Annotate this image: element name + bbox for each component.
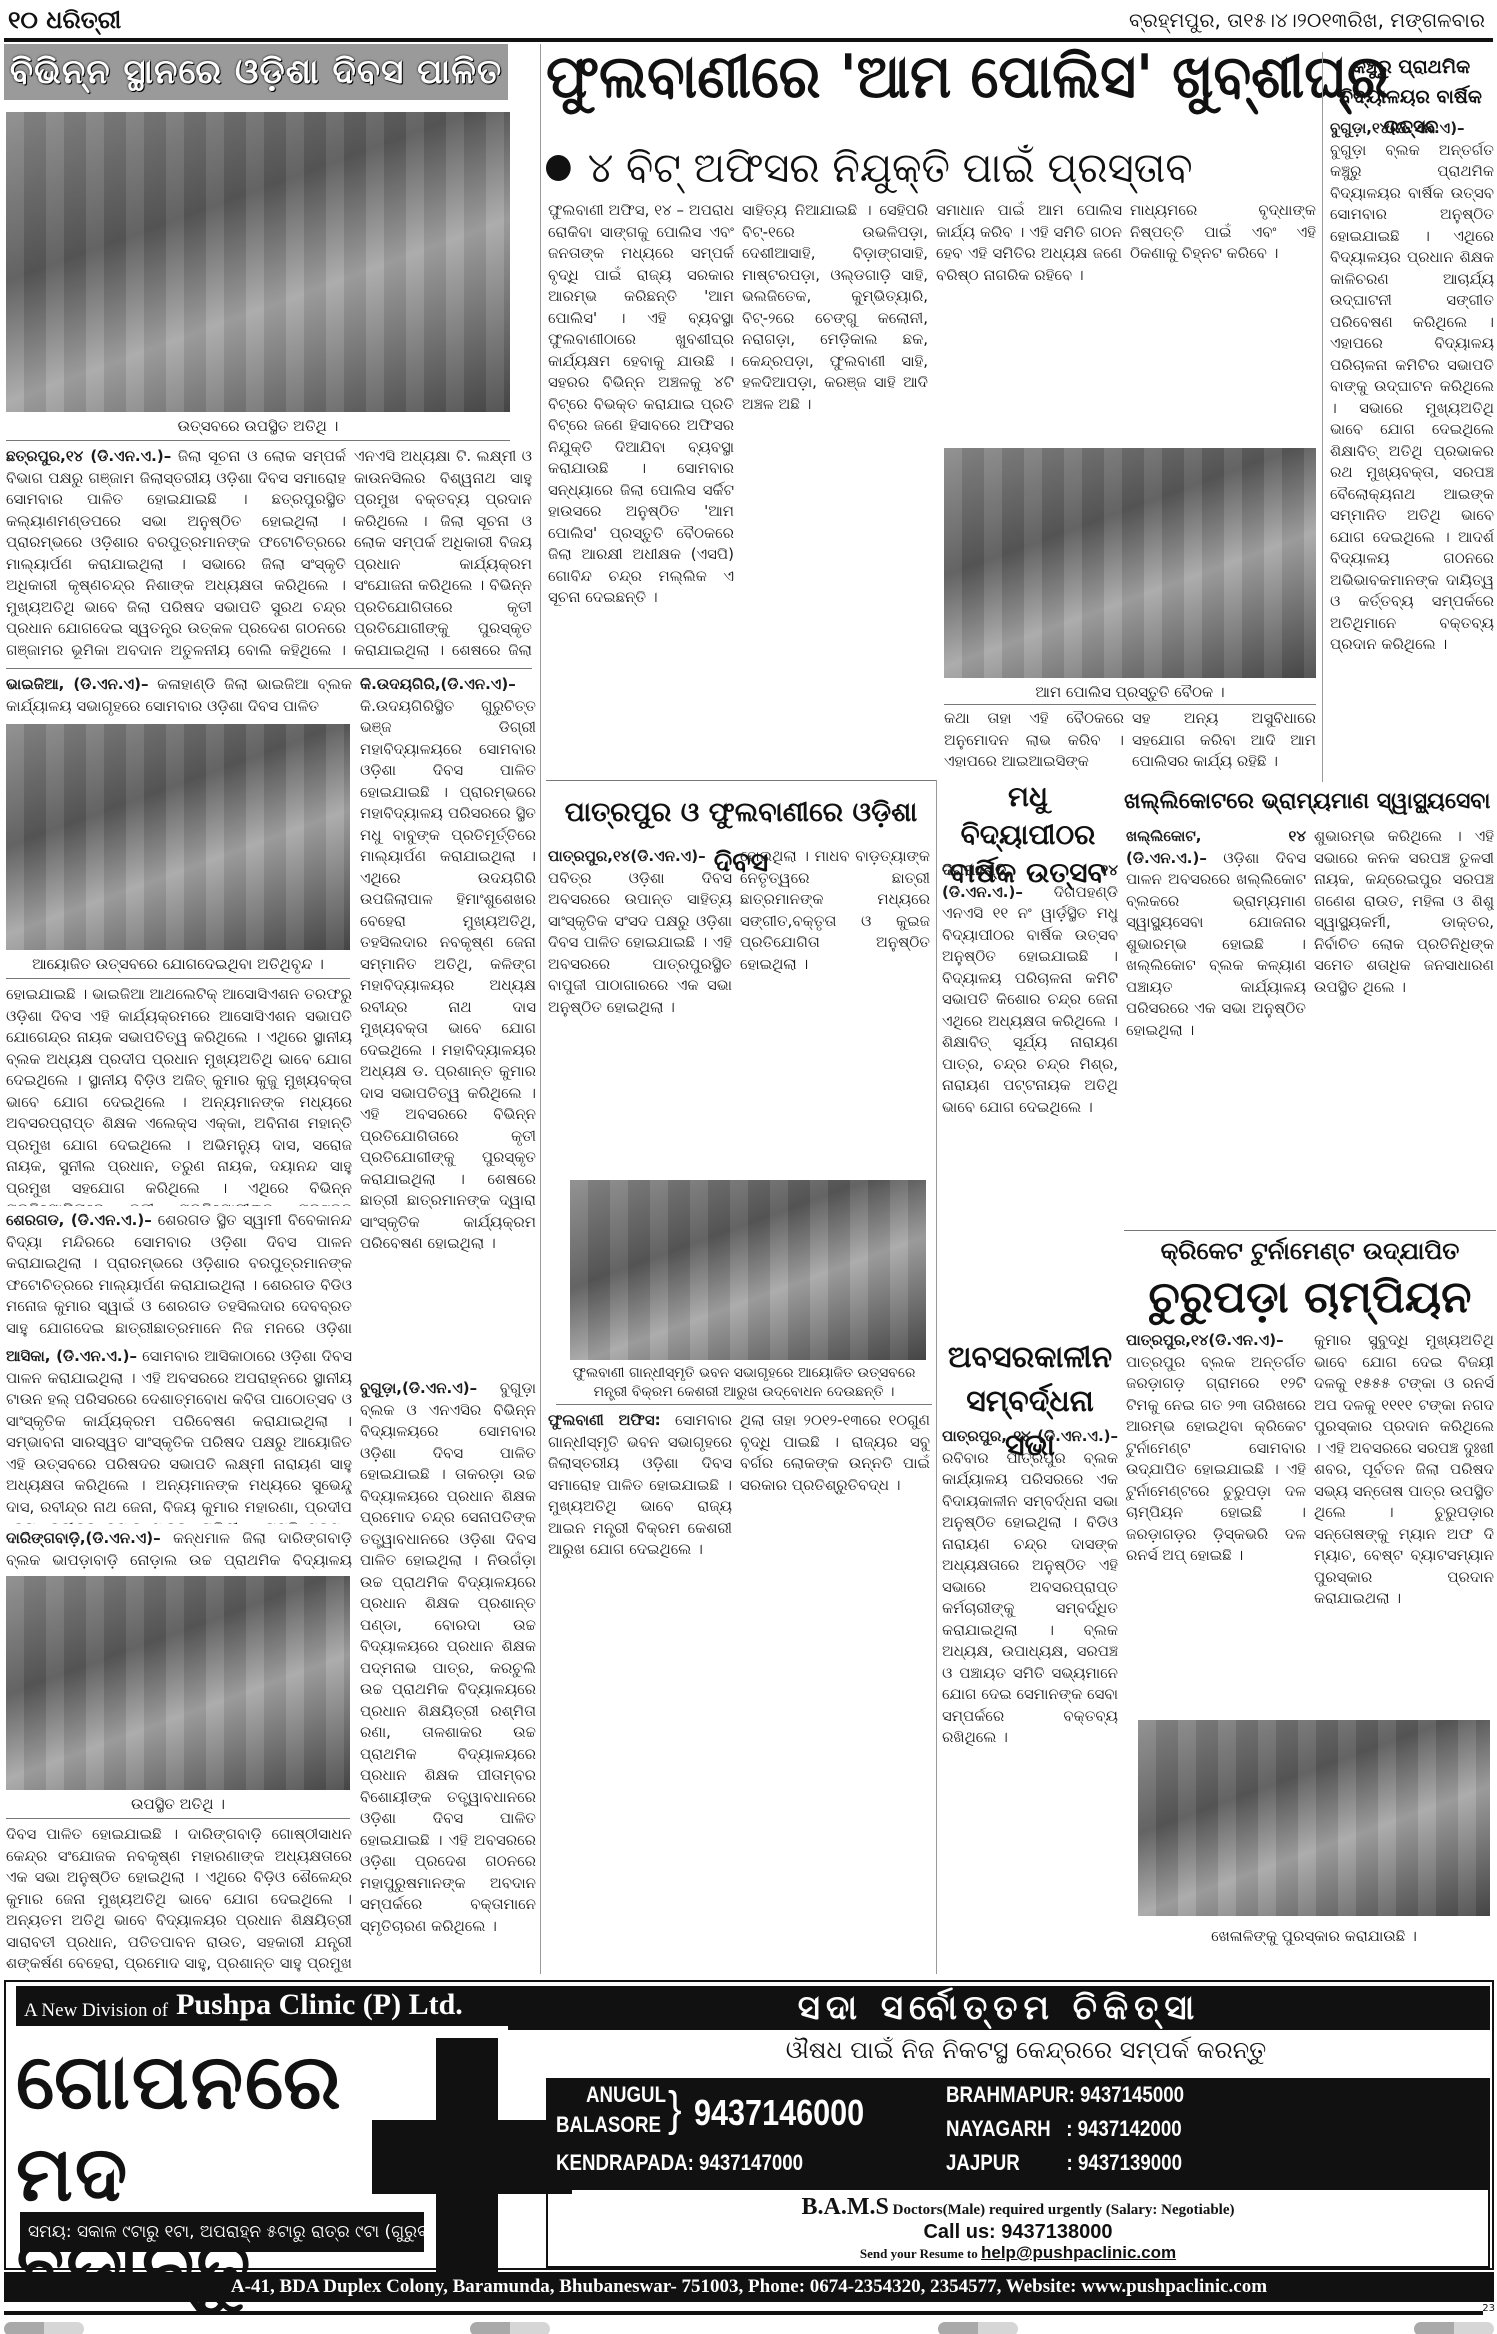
article-text: ଜିଲା ସୂଚନା ଓ ଲୋକ ସମ୍ପର୍କ ବିଭାଗ ପକ୍ଷରୁ ଗଞ… <box>6 447 346 664</box>
divider <box>546 780 936 781</box>
patrapur-col2: ହୋଇଥିଲା । ମାଧବ ବାଡ଼ତ୍ୟାଙ୍କ ନେତୃତ୍ୱରେ ଛାତ… <box>740 846 930 1096</box>
ad-center-phones: ANUGUL BALASORE } 9437146000 KENDRAPADA:… <box>546 2078 1490 2188</box>
medical-cross-icon-bar <box>372 2120 572 2194</box>
bams-line: B.A.M.S Doctors(Male) required urgently … <box>548 2194 1488 2221</box>
column-divider <box>936 780 937 1974</box>
article-text: ସୋମବାର ଆସିକାଠାରେ ଓଡ଼ିଶା ଦିବସ ପାଳନ କରାଯାଇ… <box>6 1347 352 1524</box>
cricket-col2: କୁମାର ସୁବୁଦ୍ଧି ମୁଖ୍ୟଅତିଥି ଭାବେ ଯୋଗ ଦେଇ ବ… <box>1314 1330 1494 1604</box>
dateline: ଛତ୍ରପୁର,୧୪ (ଡି.ଏନ.ଏ.)– <box>6 447 171 465</box>
ad-company-bar: A New Division of Pushpa Clinic (P) Ltd. <box>16 1986 514 2026</box>
photo1-caption: ଉତ୍ସବରେ ଉପସ୍ଥିତ ଅତିଥି । <box>6 416 510 436</box>
center-name: BRAHMAPUR <box>946 2082 1069 2107</box>
page-tab-marker <box>938 2322 1018 2334</box>
column-divider <box>540 44 541 1974</box>
article-bhaijia: ଭାଇଜିଆ, (ଡି.ଏନ.ଏ)– କଳାହାଣ୍ଡି ଜିଲା ଭାଇଜିଆ… <box>6 674 352 720</box>
article-text: ସୋମବାର ଗାନ୍ଧୀସ୍ମୃତି ଭବନ ସଭାଗୃହରେ ଜିଲାସ୍ତ… <box>548 1411 732 1558</box>
center-brahmapur: BRAHMAPUR: 9437145000 <box>946 2082 1184 2108</box>
dateline: ପାତ୍ରପୁର,୧୪(ଡି.ଏନ.ଏ)– <box>1126 1331 1284 1349</box>
ad-address-bar: A-41, BDA Duplex Colony, Baramunda, Bhub… <box>4 2272 1494 2302</box>
divider <box>6 440 510 441</box>
ad-recruitment: B.A.M.S Doctors(Male) required urgently … <box>546 2188 1490 2268</box>
cricket-col1: ପାତ୍ରପୁର,୧୪(ଡି.ଏନ.ଏ)– ପାତ୍ରପୁର ବ୍ଲକ ଅନ୍ତ… <box>1126 1330 1306 1604</box>
photo2-caption: ଆୟୋଜିତ ଉତ୍ସବରେ ଯୋଗଦେଇଥିବା ଅତିଥିବୃନ୍ଦ । <box>6 954 350 974</box>
dateline: ଦାରିଙ୍ଗବାଡ଼ି,(ଡି.ଏନ.ଏ)– <box>6 1529 161 1547</box>
photo-bhaijia-guests <box>6 724 350 950</box>
dateline: ପାତ୍ରପୁର, ୧୪ (ଡି.ଏନ.ଏ.)– <box>942 1427 1118 1445</box>
column-divider <box>1322 52 1323 782</box>
khallikote-col1: ଖଲ୍ଲିକୋଟ, ୧୪ (ଡି.ଏନ.ଏ.)– ଓଡ଼ିଶା ଦିବସ ପାଳ… <box>1126 826 1306 1226</box>
main-subheadline: ୪ ବିଟ୍ ଅଫିସର ନିଯୁକ୍ତି ପାଇଁ ପ୍ରସ୍ତାବ <box>546 140 1287 196</box>
page-number: 23 <box>1482 2303 1495 2314</box>
resume-line: Send your Resume to help@pushpaclinic.co… <box>548 2243 1488 2263</box>
bullet-icon <box>546 155 571 181</box>
dateline: ଫୁଲବାଣୀ ଅଫିସ: <box>548 1411 661 1429</box>
company-name: Pushpa Clinic (P) Ltd. <box>176 1988 463 2022</box>
cricket-kicker: କ୍ରିକେଟ ଟୁର୍ନାମେଣ୍ଟ ଉଦ୍‌ଯାପିତ <box>1124 1234 1496 1268</box>
divider <box>6 978 350 979</box>
center-phone: 9437142000 <box>1078 2116 1182 2141</box>
center-phone: 9437145000 <box>1080 2082 1184 2107</box>
center-name: JAJPUR <box>946 2150 1020 2175</box>
dateline: ଭାଇଜିଆ, (ଡି.ଏନ.ଏ)– <box>6 675 149 693</box>
divider <box>556 1404 932 1405</box>
headline-line: କଞ୍ଚୁରୁ ପ୍ରାଥମିକ <box>1326 52 1496 82</box>
footer-rule <box>4 2311 1483 2315</box>
photo3-caption: ଉପସ୍ଥିତ ଅତିଥି । <box>6 1794 350 1814</box>
khallikote-headline: ଖଲ୍ଲିକୋଟରେ ଭ୍ରାମ୍ୟମାଣ ସ୍ୱାସ୍ଥ୍ୟସେବା ଯୋଜନ… <box>1124 782 1496 822</box>
phulbani-col4: ଥିଲା ତାହା ୨୦୧୨-୧୩ରେ ୧୦ଗୁଣ ବୃଦ୍ଧି ପାଇଛି ।… <box>740 1410 930 1974</box>
division-prefix: A New Division of <box>24 2000 168 2022</box>
cricket-photo-caption: ଖେଳାଳିଙ୍କୁ ପୁରସ୍କାର କରାଯାଉଛି । <box>1138 1926 1490 1946</box>
article-text: ବୁଗୁଡ଼ା ବ୍ଲକ ଓ ଏନଏସିର ବିଭିନ୍ନ ବିଦ୍ୟାଳୟରେ… <box>360 1379 536 1935</box>
dateline: ଶେରଗଡ, (ଡି.ଏନ.ଏ.)– <box>6 1211 152 1229</box>
ad-tagline-sub: ଔଷଧ ପାଇଁ ନିଜ ନିକଟସ୍ଥ କେନ୍ଦ୍ରରେ ସମ୍ପର୍କ କ… <box>566 2036 1486 2064</box>
center-phone: 9437147000 <box>699 2150 803 2175</box>
article-chhatrapur: ଛତ୍ରପୁର,୧୪ (ଡି.ଏନ.ଏ.)– ଜିଲା ସୂଚନା ଓ ଲୋକ … <box>6 446 346 664</box>
article-text: ରବିବାର ପାତ୍ରପୁର ବ୍ଲକ କାର୍ଯ୍ୟାଳୟ ପରିସରରେ … <box>942 1449 1118 1747</box>
phulbani-photo-caption: ଫୁଲବାଣୀ ଗାନ୍ଧୀସ୍ମୃତି ଭବନ ସଭାଗୃହରେ ଆୟୋଜିତ… <box>556 1364 932 1402</box>
center-phone: 9437139000 <box>1078 2150 1182 2175</box>
bams-title: B.A.M.S <box>802 2194 889 2220</box>
headline-line: ଅବସରକାଳୀନ <box>940 1336 1120 1380</box>
photo-ceremony-release <box>6 112 510 412</box>
dateline: ପାତ୍ରପୁର,୧୪(ଡି.ଏନ.ଏ)– <box>548 847 706 865</box>
bams-text: Doctors(Male) required urgently (Salary:… <box>893 2202 1235 2218</box>
dateline: ବୁଗୁଡ଼ା,(ଡି.ଏନ.ଏ)– <box>360 1379 477 1397</box>
article-k-udayagiri: କି.ଉଦୟଗିରି,(ଡି.ଏନ.ଏ)– କି.ଉଦୟଗିରିସ୍ଥିତ ଗୁ… <box>360 674 536 1374</box>
khallikote-col2: ଶୁଭାରମ୍ଭ କରିଥିଲେ । ଏହି ସଭାରେ କନକ ସରପଞ୍ଚ … <box>1314 826 1494 1226</box>
aam-police-photo-caption: ଆମ ପୋଲିସ ପ୍ରସ୍ତୁତି ବୈଠକ । <box>944 682 1316 702</box>
page-tab-marker <box>1414 2322 1494 2334</box>
page-dateline: ବ୍ରହ୍ମପୁର, ତା୧୫।୪।୨୦୧୩ରିଖ, ମଙ୍ଗଳବାର <box>1129 8 1485 32</box>
ad-slogan: ଗୋପନରେ ମଦ ଛଡାନ୍ତୁ <box>16 2036 366 2312</box>
aam-police-col4: ମାଧ୍ୟମରେ ବୃଦ୍ଧାଙ୍କ ନିଷ୍ପତ୍ତି ପାଇଁ ଏବଂ ଏହ… <box>1130 200 1316 440</box>
center-name: NAYAGARH <box>946 2116 1051 2141</box>
article-kanchuru: ବୁଗୁଡ଼ା,୧୪(ଡି.ଏନ.ଏ)– ବୁଗୁଡ଼ା ବ୍ଲକ ଅନ୍ତର୍… <box>1330 118 1494 774</box>
main-headline: ଫୁଲବାଣୀରେ 'ଆମ ପୋଲିସ' ଖୁବ୍‌ଶୀଘ୍ର <box>546 40 1264 114</box>
article-text: କି.ଉଦୟଗିରିସ୍ଥିତ ଗୁରୁଚିତ୍ତ ଭଞ୍ଜ ଡିଗ୍ରୀ ମହ… <box>360 697 536 1253</box>
article-farewell: ପାତ୍ରପୁର, ୧୪ (ଡି.ଏନ.ଏ.)– ରବିବାର ପାତ୍ରପୁର… <box>942 1426 1118 1972</box>
page-label: ୧୦ ଧରିତ୍ରୀ <box>8 6 121 34</box>
divider <box>944 704 1316 705</box>
article-bhaijia-cont: ହୋଇଯାଇଛି । ଭାଇଜିଆ ଆଥଲେଟିକ୍ ଆସୋସିଏଶନ ତରଫର… <box>6 984 352 1206</box>
article-madhu: ଦିଗପହଣ୍ଡି, ୧୪ (ଡି.ଏନ.ଏ.)– ଦିଗପହଣ୍ଡି ଏନଏସ… <box>942 860 1118 1326</box>
center-kendrapada: KENDRAPADA: 9437147000 <box>556 2150 803 2176</box>
photo-phulbani-minister <box>570 1180 926 1360</box>
divider <box>6 668 532 669</box>
aam-police-col1: ଫୁଲବାଣୀ ଅଫିସ, ୧୪ – ଅପରାଧ ରୋକିବା ସାଙ୍ଗକୁ … <box>548 200 734 670</box>
call-us: Call us: 9437138000 <box>548 2221 1488 2243</box>
article-text: ପାତ୍ରପୁର ବ୍ଲକ ଅନ୍ତର୍ଗତ ଜରଡ଼ାଗଡ଼ ଗ୍ରାମରେ … <box>1126 1353 1306 1565</box>
cricket-headline: ଚୁରୁପଡ଼ା ଚାମ୍ପିୟନ <box>1124 1270 1496 1326</box>
article-text: ଦିଗପହଣ୍ଡି ଏନଏସି ୧୧ ନଂ ୱାର୍ଡ଼ସ୍ଥିତ ମଧୁ ବି… <box>942 883 1118 1116</box>
article-text: ଓଡ଼ିଶା ଦିବସ ପାଳନ ଅବସରରେ ଖଲ୍ଲିକୋଟ ବ୍ଲକରେ … <box>1126 849 1306 1039</box>
subheadline-text: ୪ ବିଟ୍ ଅଫିସର ନିଯୁକ୍ତି ପାଇଁ ପ୍ରସ୍ତାବ <box>588 140 1193 196</box>
aam-police-after-photo-col1: କଥା ତାହା ଏହି ବୈଠକରେ ଅନୁମୋଦନ ଲାଭ କରିବ । ଏ… <box>944 708 1124 774</box>
article-sheragada: ଶେରଗଡ, (ଡି.ଏନ.ଏ.)– ଶେରଗଡ ସ୍ଥିତ ସ୍ୱାମୀ ବି… <box>6 1210 352 1342</box>
dateline: ବୁଗୁଡ଼ା,୧୪(ଡି.ଏନ.ଏ)– <box>1330 119 1465 137</box>
article-text: ଶେରଗଡ ସ୍ଥିତ ସ୍ୱାମୀ ବିବେକାନନ୍ଦ ବିଦ୍ୟା ମନ୍… <box>6 1211 352 1342</box>
pushpa-clinic-ad: A New Division of Pushpa Clinic (P) Ltd.… <box>4 1980 1494 2270</box>
email-link[interactable]: help@pushpaclinic.com <box>981 2243 1176 2262</box>
page-tab-marker <box>4 2322 84 2334</box>
photo-aam-police-meeting <box>944 448 1316 678</box>
photo-cricket-prize <box>1138 1720 1490 1916</box>
aam-police-col3: ସମାଧାନ ପାଇଁ ଆମ ପୋଲିସ କାର୍ଯ୍ୟ କରିବ । ଏହି … <box>936 200 1122 440</box>
divider <box>1124 1230 1496 1231</box>
phulbani-col3: ଫୁଲବାଣୀ ଅଫିସ: ସୋମବାର ଗାନ୍ଧୀସ୍ମୃତି ଭବନ ସଭ… <box>548 1410 732 1974</box>
article-text: ବୁଗୁଡ଼ା ବ୍ଲକ ଅନ୍ତର୍ଗତ କଞ୍ଚୁରୁ ପ୍ରାଥମିକ ବ… <box>1330 141 1494 654</box>
slogan-line: ଗୋପନରେ <box>16 2036 366 2128</box>
photo-daringbadi-guests <box>6 1576 350 1790</box>
left-story-banner: ବିଭିନ୍ନ ସ୍ଥାନରେ ଓଡ଼ିଶା ଦିବସ ପାଳିତ <box>4 44 508 100</box>
article-chhatrapur-cont: ଏନଏସି ଅଧ୍ୟକ୍ଷା ଟି. ଲକ୍ଷ୍ମୀ ଓ କାଉନସିଲର ବି… <box>354 446 532 664</box>
center-jajpur: JAJPUR : 9437139000 <box>946 2150 1182 2176</box>
article-daringbadi-cont: ଦିବସ ପାଳିତ ହୋଇଯାଇଛି । ଦାରିଙ୍ଗବାଡ଼ି ଗୋଷ୍ଠ… <box>6 1824 352 1974</box>
article-aska: ଆସିକା, (ଡି.ଏନ.ଏ.)– ସୋମବାର ଆସିକାଠାରେ ଓଡ଼ି… <box>6 1346 352 1524</box>
center-nayagarh: NAYAGARH : 9437142000 <box>946 2116 1182 2142</box>
dateline: ଆସିକା, (ଡି.ଏନ.ଏ.)– <box>6 1347 137 1365</box>
article-daringbadi: ଦାରିଙ୍ଗବାଡ଼ି,(ଡି.ଏନ.ଏ)– କନ୍ଧମାଳ ଜିଲା ଦାର… <box>6 1528 352 1572</box>
page-tab-marker <box>470 2322 550 2334</box>
headline-line: ମଧୁ ବିଦ୍ୟାପୀଠର <box>940 778 1116 854</box>
divider <box>6 1818 350 1819</box>
center-balasore: BALASORE <box>556 2112 661 2138</box>
center-name: KENDRAPADA <box>556 2150 688 2175</box>
aam-police-after-photo-col2: ସହ ଅନ୍ୟ ଅସୁବିଧାରେ ସହଯୋଗ କରିବା ଆଦି ଆମ ପୋଲ… <box>1132 708 1316 774</box>
resume-prefix: Send your Resume to <box>860 2246 978 2261</box>
aam-police-col2: ସାହିତ୍ୟ ନିଆଯାଇଛି । ସେହିପରି ବିଟ୍-୧ରେ ଉଭଳି… <box>742 200 928 670</box>
article-text: ପବିତ୍ର ଓଡ଼ିଶା ଦିବସ ଅବସରରେ ଉପାନ୍ତ ସାହିତ୍ୟ… <box>548 869 732 1016</box>
center-anugul: ANUGUL <box>586 2082 666 2108</box>
anugul-balasore-phone: 9437146000 <box>694 2092 864 2134</box>
ad-hours: ସମୟ: ସକାଳ ୯ଟାରୁ ୧ଟା, ଅପରାହ୍ନ ୫ଟାରୁ ରାତ୍ର… <box>20 2212 424 2252</box>
ad-tagline: ସଦା ସର୍ବୋତ୍ତମ ଚିକିତ୍ସା <box>508 1986 1490 2030</box>
brace-icon: } <box>668 2082 682 2137</box>
article-buguda: ବୁଗୁଡ଼ା,(ଡି.ଏନ.ଏ)– ବୁଗୁଡ଼ା ବ୍ଲକ ଓ ଏନଏସିର… <box>360 1378 536 1974</box>
dateline: କି.ଉଦୟଗିରି,(ଡି.ଏନ.ଏ)– <box>360 675 516 693</box>
